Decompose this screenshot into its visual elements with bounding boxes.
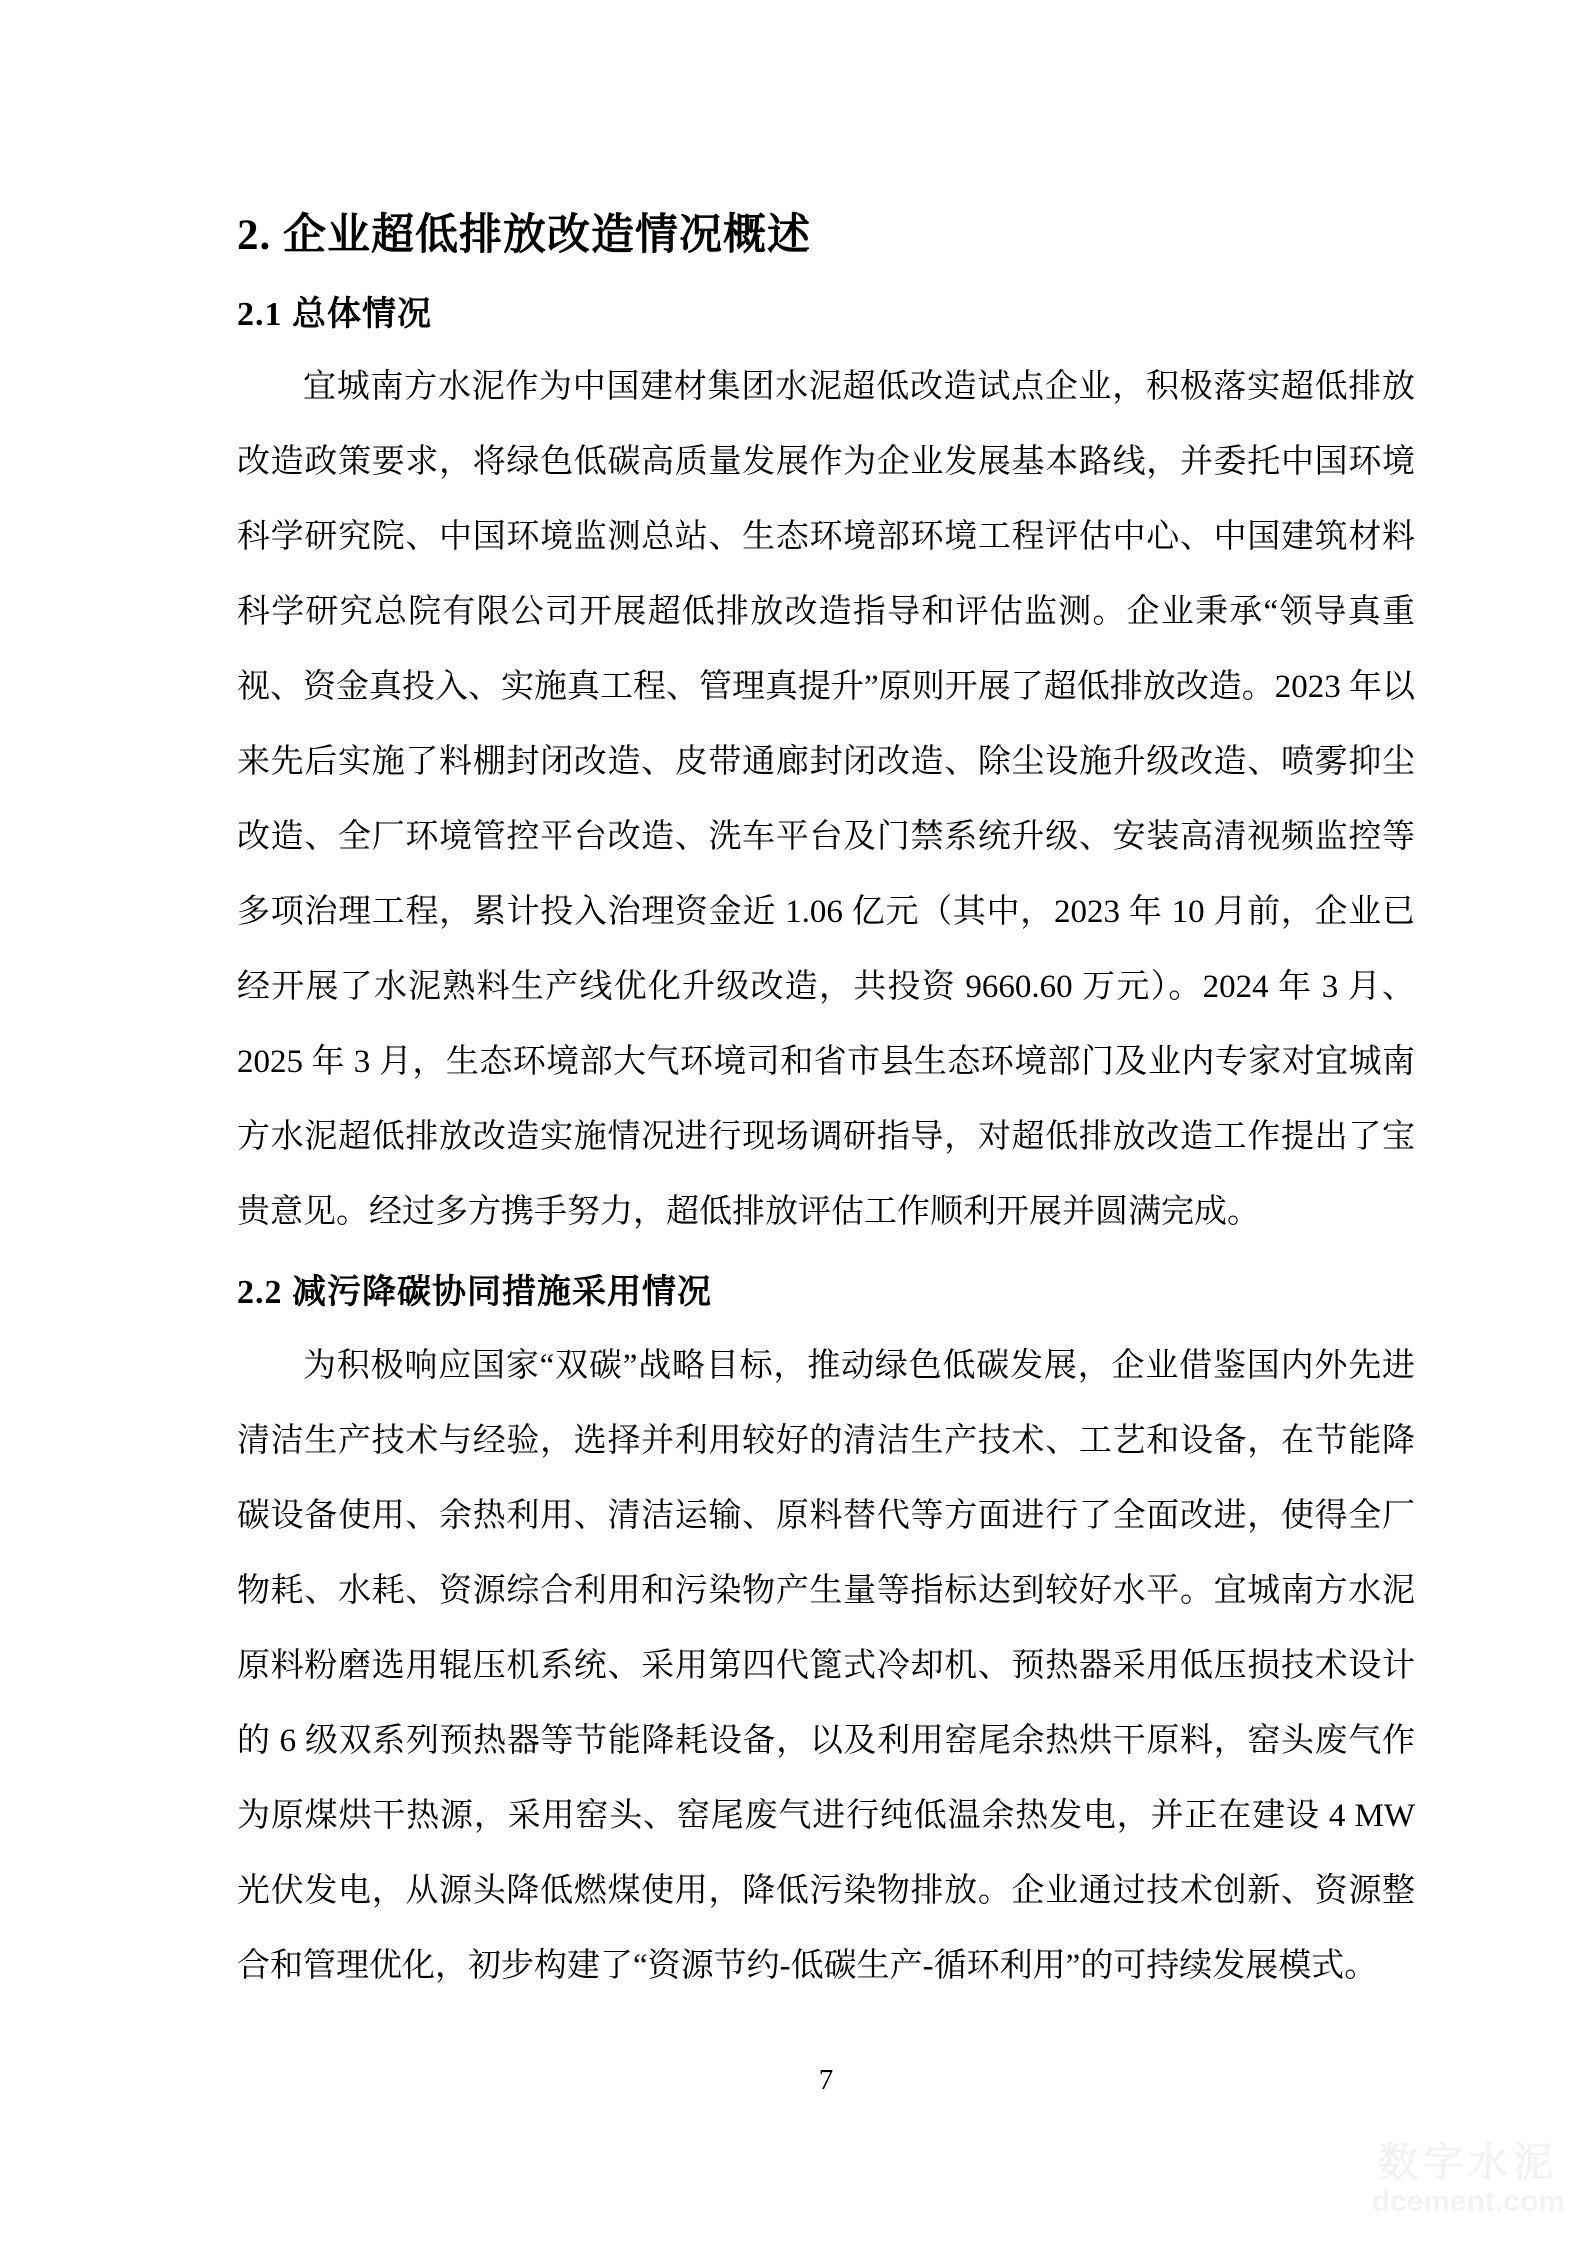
document-content: 2. 企业超低排放改造情况概述 2.1 总体情况 宜城南方水泥作为中国建材集团水… xyxy=(237,0,1415,2004)
watermark-title: 数字水泥 xyxy=(1372,2141,1565,2185)
section-heading-2-1: 2.1 总体情况 xyxy=(237,294,1415,337)
document-page: 2. 企业超低排放改造情况概述 2.1 总体情况 宜城南方水泥作为中国建材集团水… xyxy=(0,0,1587,2245)
section-2-1-paragraph: 宜城南方水泥作为中国建材集团水泥超低改造试点企业，积极落实超低排放改造政策要求，… xyxy=(237,350,1415,1250)
section-2-2-paragraph: 为积极响应国家“双碳”战略目标，推动绿色低碳发展，企业借鉴国内外先进清洁生产技术… xyxy=(237,1329,1415,2004)
section-heading-2-2: 2.2 减污降碳协同措施采用情况 xyxy=(237,1272,1415,1315)
chapter-heading: 2. 企业超低排放改造情况概述 xyxy=(237,210,1415,262)
page-number: 7 xyxy=(237,2062,1415,2098)
watermark: 数字水泥 dcement.com xyxy=(1372,2141,1565,2219)
watermark-domain: dcement.com xyxy=(1372,2185,1565,2219)
